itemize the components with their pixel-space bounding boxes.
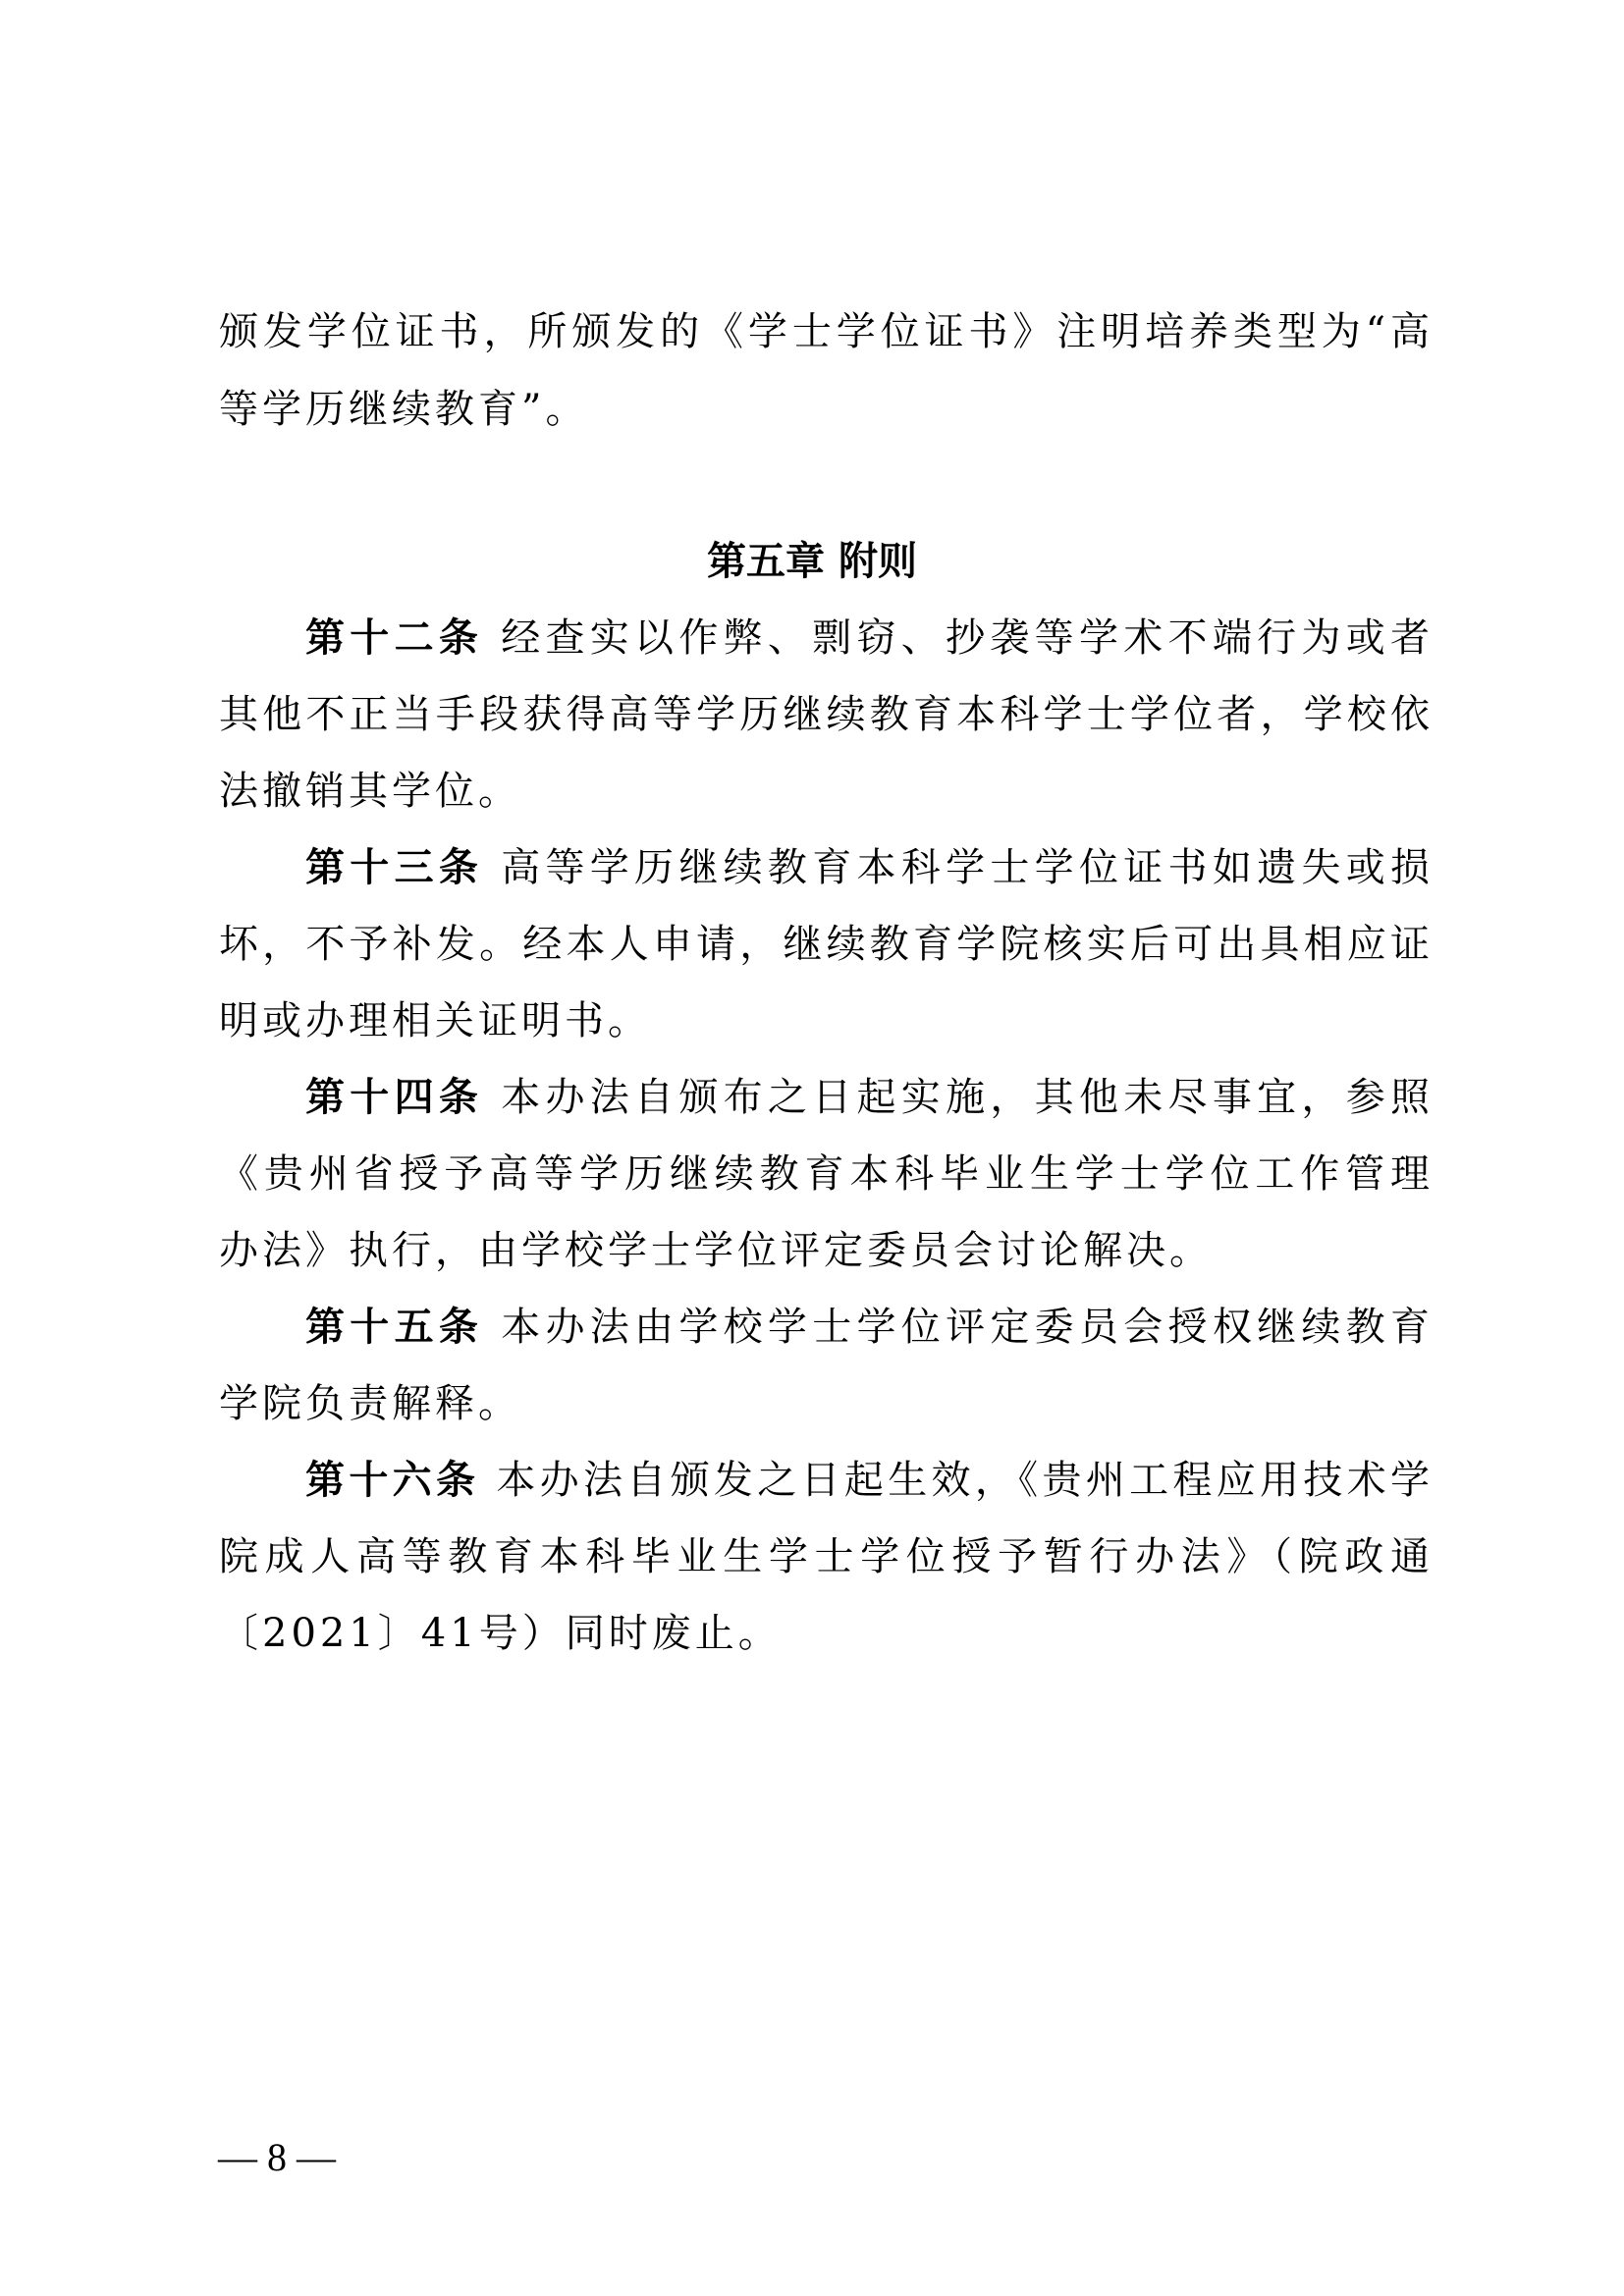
intro-line-1: 颁发学位证书，所颁发的《学士学位证书》注明培养类型为“高	[219, 294, 1430, 370]
article-16-label: 第十六条	[305, 1458, 479, 1503]
article-14-label: 第十四条	[305, 1075, 483, 1120]
article-14-text-1: 本办法自颁布之日起实施，其他未尽事宜，参照	[501, 1075, 1430, 1120]
article-12-line-3: 法撤销其学位。	[219, 753, 1430, 829]
article-12-line-2: 其他不正当手段获得高等学历继续教育本科学士学位者，学校依	[219, 676, 1430, 753]
article-13-label: 第十三条	[305, 845, 483, 890]
page-number: — 8 —	[218, 2136, 336, 2179]
article-14-line-3: 办法》执行，由学校学士学位评定委员会讨论解决。	[219, 1212, 1430, 1289]
article-16-line-2: 院成人高等教育本科毕业生学士学位授予暂行办法》（院政通	[219, 1519, 1430, 1595]
article-15-line-2: 学院负责解释。	[219, 1365, 1430, 1442]
article-15-label: 第十五条	[305, 1305, 483, 1350]
article-13-line-2: 坏，不予补发。经本人申请，继续教育学院核实后可出具相应证	[219, 906, 1430, 983]
document-page: 颁发学位证书，所颁发的《学士学位证书》注明培养类型为“高 等学历继续教育”。 第…	[0, 0, 1624, 2296]
article-15-text-1: 本办法由学校学士学位评定委员会授权继续教育	[501, 1305, 1430, 1350]
chapter-title: 第五章 附则	[0, 523, 1624, 600]
article-12-label: 第十二条	[305, 615, 483, 661]
article-16-line-1: 第十六条 本办法自颁发之日起生效，《贵州工程应用技术学	[305, 1442, 1430, 1519]
article-15-line-1: 第十五条 本办法由学校学士学位评定委员会授权继续教育	[305, 1289, 1430, 1365]
article-13-line-1: 第十三条 高等学历继续教育本科学士学位证书如遗失或损	[305, 829, 1430, 906]
article-14-line-2: 《贵州省授予高等学历继续教育本科毕业生学士学位工作管理	[219, 1136, 1430, 1212]
intro-line-2: 等学历继续教育”。	[219, 371, 1430, 448]
article-16-text-1: 本办法自颁发之日起生效，《贵州工程应用技术学	[496, 1458, 1430, 1503]
article-12-line-1: 第十二条 经查实以作弊、剽窃、抄袭等学术不端行为或者	[305, 600, 1430, 676]
article-14-line-1: 第十四条 本办法自颁布之日起实施，其他未尽事宜，参照	[305, 1059, 1430, 1136]
article-13-text-1: 高等学历继续教育本科学士学位证书如遗失或损	[501, 845, 1430, 890]
article-12-text-1: 经查实以作弊、剽窃、抄袭等学术不端行为或者	[501, 615, 1430, 661]
article-13-line-3: 明或办理相关证明书。	[219, 983, 1430, 1059]
article-16-line-3: 〔2021〕41号）同时废止。	[219, 1595, 1430, 1672]
